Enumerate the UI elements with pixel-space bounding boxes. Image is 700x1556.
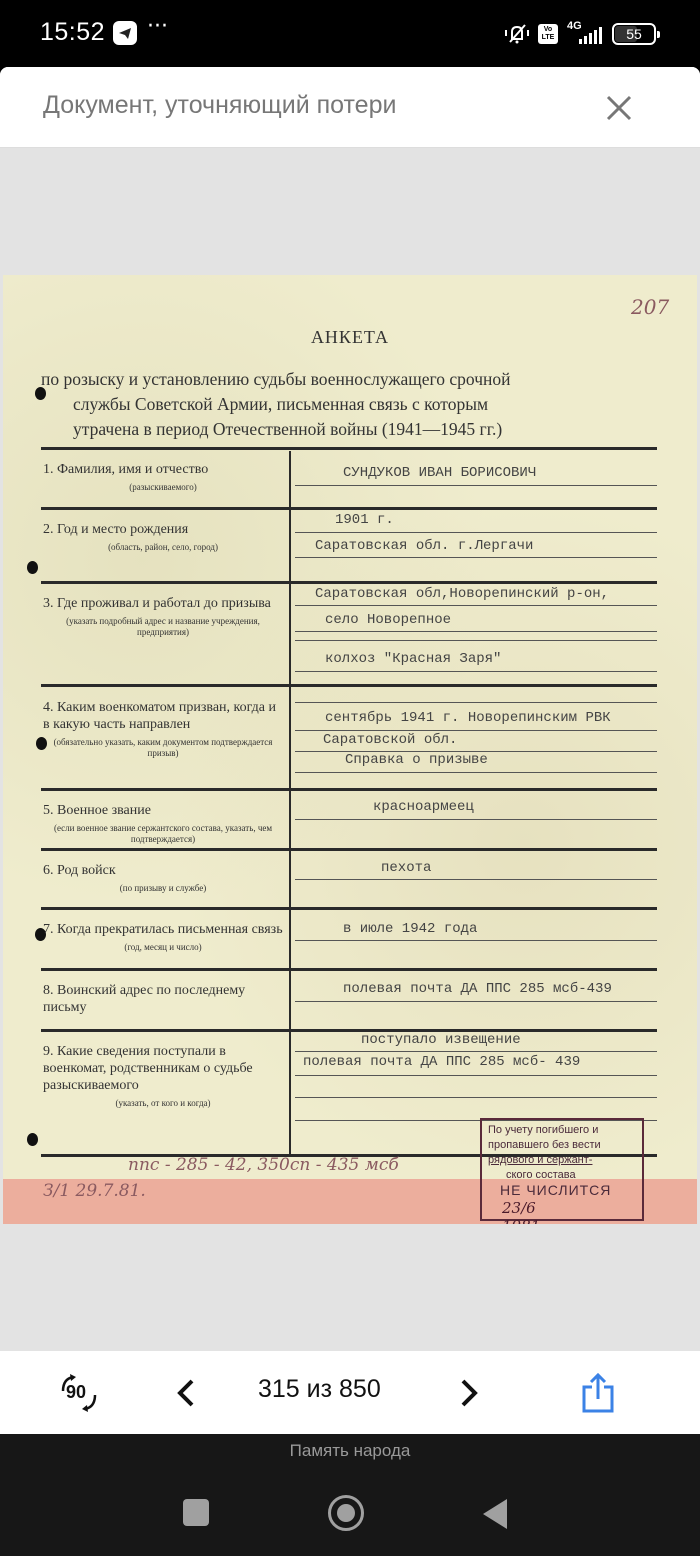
field-7-label: 7. Когда прекратилась письменная связь (…	[43, 921, 283, 953]
field-2-value-place: Саратовская обл. г.Лергачи	[315, 538, 533, 554]
battery-icon: 55	[612, 23, 656, 45]
field-9-value-1: поступало извещение	[361, 1032, 521, 1048]
field-4-value-2: Саратовской обл.	[323, 732, 457, 748]
field-8-value: полевая почта ДА ППС 285 мсб-439	[343, 981, 612, 997]
field-5-label: 5. Военное звание (если военное звание с…	[43, 802, 283, 845]
registry-stamp: По учету погибшего и пропавшего без вест…	[480, 1118, 644, 1221]
field-3-value-1: Саратовская обл,Новорепинский р-он,	[315, 586, 609, 602]
field-1-label: 1. Фамилия, имя и отчество (разыскиваемо…	[43, 461, 283, 493]
viewer-header: Документ, уточняющий потери	[0, 67, 700, 148]
viewer-toolbar: 90 315 из 850	[0, 1351, 700, 1434]
field-7-value: в июле 1942 года	[343, 921, 477, 937]
bell-muted-icon	[503, 22, 531, 46]
handwritten-note-2: З/1 29.7.81.	[43, 1181, 146, 1201]
punch-hole	[27, 1133, 38, 1146]
previous-page-button[interactable]	[172, 1375, 200, 1411]
field-1-value: СУНДУКОВ ИВАН БОРИСОВИЧ	[343, 465, 536, 481]
handwritten-page-number: 207	[631, 295, 669, 319]
rotate-button[interactable]: 90	[55, 1369, 103, 1417]
share-button[interactable]	[580, 1371, 616, 1415]
close-icon[interactable]	[603, 92, 635, 124]
punch-hole	[35, 387, 46, 400]
field-4-value-1: сентябрь 1941 г. Новорепинским РВК	[325, 710, 611, 726]
document-image-area[interactable]: 207 АНКЕТА по розыску и установлению суд…	[0, 148, 700, 1351]
brand-label: Память народа	[0, 1441, 700, 1461]
status-bar: 15:52 ··· VoLTE 4G 55	[0, 0, 700, 68]
field-4-value-3: Справка о призыве	[345, 752, 488, 768]
more-dots-icon: ···	[147, 14, 168, 39]
system-nav-bar: Память народа	[0, 1434, 700, 1556]
document-subtitle: по розыску и установлению судьбы военнос…	[41, 367, 681, 442]
volte-icon: VoLTE	[538, 24, 558, 44]
field-9-label: 9. Какие сведения поступали в военкомат,…	[43, 1043, 283, 1109]
field-9-value-2: полевая почта ДА ППС 285 мсб- 439	[303, 1054, 580, 1070]
handwritten-note-1: ппс - 285 - 42, 350сп - 435 мсб	[128, 1155, 399, 1175]
field-3-value-2: село Новорепное	[325, 612, 451, 628]
field-6-label: 6. Род войск (по призыву и службе)	[43, 862, 283, 894]
column-divider	[289, 451, 291, 1157]
field-6-value: пехота	[381, 860, 431, 876]
page-indicator: 315 из 850	[258, 1375, 381, 1404]
field-4-label: 4. Каким военкоматом призван, когда и в …	[43, 699, 283, 759]
field-8-label: 8. Воинский адрес по последнему письму	[43, 982, 283, 1016]
telegram-icon	[113, 21, 137, 45]
recents-button[interactable]	[183, 1499, 209, 1526]
field-2-value-year: 1901 г.	[335, 512, 394, 528]
document-scan[interactable]: 207 АНКЕТА по розыску и установлению суд…	[3, 275, 697, 1224]
viewer-title: Документ, уточняющий потери	[43, 91, 396, 120]
next-page-button[interactable]	[455, 1375, 483, 1411]
field-5-value: красноармеец	[373, 799, 474, 815]
document-viewer-sheet: Документ, уточняющий потери 207 АНКЕТА п…	[0, 67, 700, 1434]
signal-icon: 4G	[565, 22, 605, 46]
field-3-value-3: колхоз "Красная Заря"	[325, 651, 501, 667]
field-2-label: 2. Год и место рождения (область, район,…	[43, 521, 283, 553]
punch-hole	[27, 561, 38, 574]
clock: 15:52	[40, 18, 105, 47]
back-button[interactable]	[483, 1499, 507, 1529]
field-3-label: 3. Где проживал и работал до призыва (ук…	[43, 595, 283, 638]
document-title: АНКЕТА	[3, 327, 697, 348]
home-button[interactable]	[328, 1495, 364, 1531]
